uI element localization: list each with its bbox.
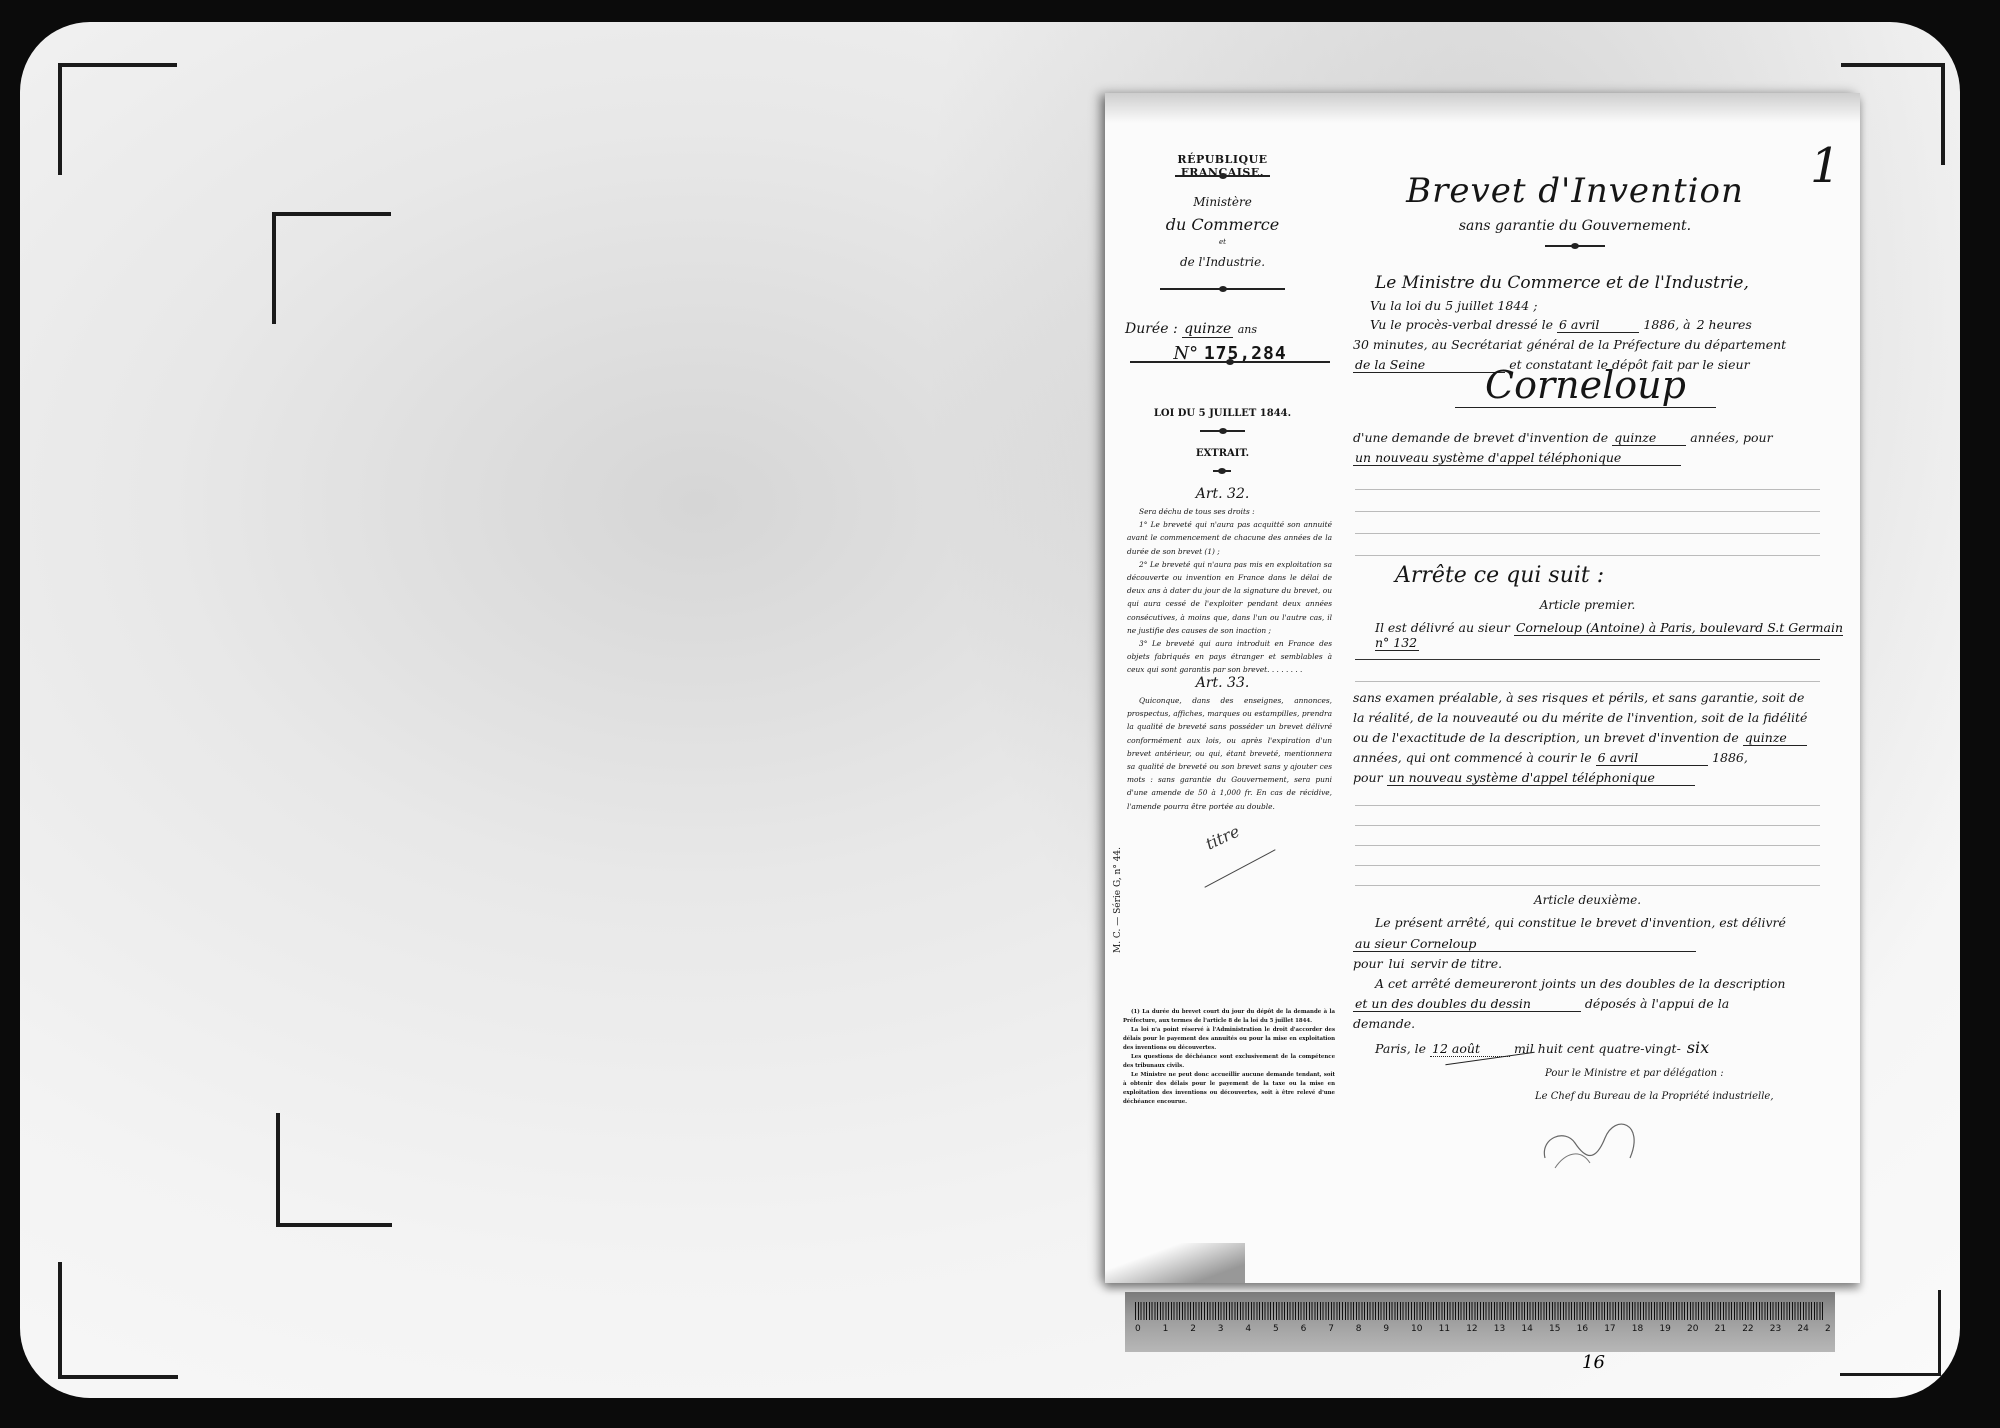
ornament-divider <box>1545 245 1605 247</box>
ruler-label: 7 <box>1328 1324 1334 1334</box>
deposit-date: 6 avril <box>1557 317 1639 333</box>
page-mark: 1 <box>1810 138 1841 194</box>
blank-rule <box>1355 511 1820 512</box>
ruler-label: 17 <box>1604 1324 1615 1334</box>
article-1-invention: un nouveau système d'appel téléphonique <box>1387 770 1695 786</box>
vu-loi-line: Vu la loi du 5 juillet 1844 ; <box>1370 298 1840 313</box>
ministry-line1: Ministère <box>1135 195 1310 209</box>
blank-rule <box>1355 489 1820 490</box>
ruler-label: 20 <box>1687 1324 1698 1334</box>
ruler-label: 18 <box>1632 1324 1643 1334</box>
foxing-stain <box>1105 1243 1245 1283</box>
blank-rule <box>1355 885 1820 886</box>
ruler-label: 21 <box>1715 1324 1726 1334</box>
blank-rule <box>1355 533 1820 534</box>
document-subtitle: sans garantie du Gouvernement. <box>1345 218 1805 234</box>
blank-rule <box>1355 681 1820 682</box>
ruler-label: 8 <box>1356 1324 1362 1334</box>
patent-document: 1 RÉPUBLIQUE FRANÇAISE. Ministère du Com… <box>1105 93 1860 1283</box>
ministry-line4: de l'Industrie. <box>1135 255 1310 269</box>
series-code: M. C. — Série G, n° 44. <box>1113 847 1123 953</box>
article-32-body: Sera déchu de tous ses droits : 1° Le br… <box>1127 505 1332 677</box>
ruler-label: 10 <box>1411 1324 1422 1334</box>
ruler-ticks <box>1135 1302 1825 1320</box>
article-33-title: Art. 33. <box>1135 675 1310 691</box>
archive-page-number: 16 <box>1582 1352 1605 1373</box>
applicant-name: Corneloup <box>1455 363 1716 408</box>
crop-mark-top-left-outer <box>58 63 177 175</box>
measurement-ruler: 0123456789101112131415161718192021222324… <box>1125 1292 1835 1352</box>
signature-date: 12 août <box>1430 1041 1510 1057</box>
ornament-divider <box>1200 430 1245 432</box>
ruler-label: 13 <box>1494 1324 1505 1334</box>
ruler-label: 9 <box>1383 1324 1389 1334</box>
blank-rule <box>1355 659 1820 660</box>
ruler-label: 3 <box>1218 1324 1224 1334</box>
article-2-holder: au sieur Corneloup <box>1353 936 1696 952</box>
handwritten-margin-note: titre <box>1203 821 1243 853</box>
minutes-line: 30 minutes, au Secrétariat général de la… <box>1353 337 1823 352</box>
ruler-label: 2 <box>1825 1324 1831 1334</box>
official-signature <box>1535 1118 1655 1178</box>
ruler-label: 5 <box>1273 1324 1279 1334</box>
decree-heading: Arrête ce qui suit : <box>1395 563 1604 588</box>
blank-rule <box>1355 555 1820 556</box>
ruler-label: 24 <box>1797 1324 1808 1334</box>
ruler-labels: 0123456789101112131415161718192021222324… <box>1131 1324 1831 1338</box>
article-2-heading: Article deuxième. <box>1355 893 1820 907</box>
bureau-chief-line: Le Chef du Bureau de la Propriété indust… <box>1535 1091 1774 1102</box>
document-title: Brevet d'Invention <box>1345 171 1805 211</box>
ruler-label: 12 <box>1466 1324 1477 1334</box>
deposit-hour: 2 heures <box>1695 317 1754 332</box>
ruler-label: 14 <box>1521 1324 1532 1334</box>
invention-title-line: un nouveau système d'appel téléphonique <box>1353 450 1823 465</box>
ornament-divider <box>1175 175 1270 177</box>
minister-heading: Le Ministre du Commerce et de l'Industri… <box>1375 273 1749 293</box>
ruler-label: 16 <box>1577 1324 1588 1334</box>
blank-rule <box>1355 825 1820 826</box>
duration-value: quinze <box>1182 321 1233 338</box>
demand-line: d'une demande de brevet d'invention de q… <box>1353 430 1823 445</box>
duration-field: Durée : quinze ans <box>1125 321 1325 337</box>
ruler-label: 19 <box>1659 1324 1670 1334</box>
blank-rule <box>1355 805 1820 806</box>
ruler-label: 4 <box>1245 1324 1251 1334</box>
ministry-line2: du Commerce <box>1135 215 1310 234</box>
article-33-body: Quiconque, dans des enseignes, annonces,… <box>1127 694 1332 813</box>
divider <box>1130 361 1330 363</box>
crop-mark-bottom-left-inner <box>276 1113 392 1227</box>
article-32-title: Art. 32. <box>1135 486 1310 502</box>
law-heading: LOI DU 5 JUILLET 1844. <box>1135 408 1310 419</box>
crop-mark-bottom-left-outer <box>58 1262 178 1379</box>
ruler-label: 22 <box>1742 1324 1753 1334</box>
ornament-divider <box>1160 288 1285 290</box>
ruler-label: 23 <box>1770 1324 1781 1334</box>
article-1-holder-line: Il est délivré au sieur Corneloup (Antoi… <box>1375 620 1845 650</box>
crop-mark-top-left-inner <box>272 212 391 324</box>
extract-heading: EXTRAIT. <box>1135 448 1310 459</box>
article-1-heading: Article premier. <box>1355 598 1820 612</box>
ruler-label: 0 <box>1135 1324 1141 1334</box>
ruler-label: 11 <box>1439 1324 1450 1334</box>
demand-duration: quinze <box>1612 430 1686 446</box>
ruler-label: 6 <box>1301 1324 1307 1334</box>
delegation-line: Pour le Ministre et par délégation : <box>1545 1068 1724 1079</box>
ministry-line3: et <box>1135 238 1310 246</box>
blank-rule <box>1355 845 1820 846</box>
article-1-duration: quinze <box>1743 730 1807 746</box>
invention-title: un nouveau système d'appel téléphonique <box>1353 450 1681 466</box>
ruler-label: 2 <box>1190 1324 1196 1334</box>
vu-proces-verbal-line: Vu le procès-verbal dressé le 6 avril 18… <box>1370 317 1840 332</box>
crop-mark-bottom-right <box>1840 1290 1941 1376</box>
footnotes: (1) La durée du brevet court du jour du … <box>1123 1008 1335 1107</box>
article-1-start-date: 6 avril <box>1596 750 1708 766</box>
blank-rule <box>1355 865 1820 866</box>
ruler-label: 1 <box>1163 1324 1169 1334</box>
signature-date-line: Paris, le 12 août mil huit cent quatre-v… <box>1375 1038 1845 1057</box>
signature-year: six <box>1685 1038 1711 1057</box>
ruler-label: 15 <box>1549 1324 1560 1334</box>
